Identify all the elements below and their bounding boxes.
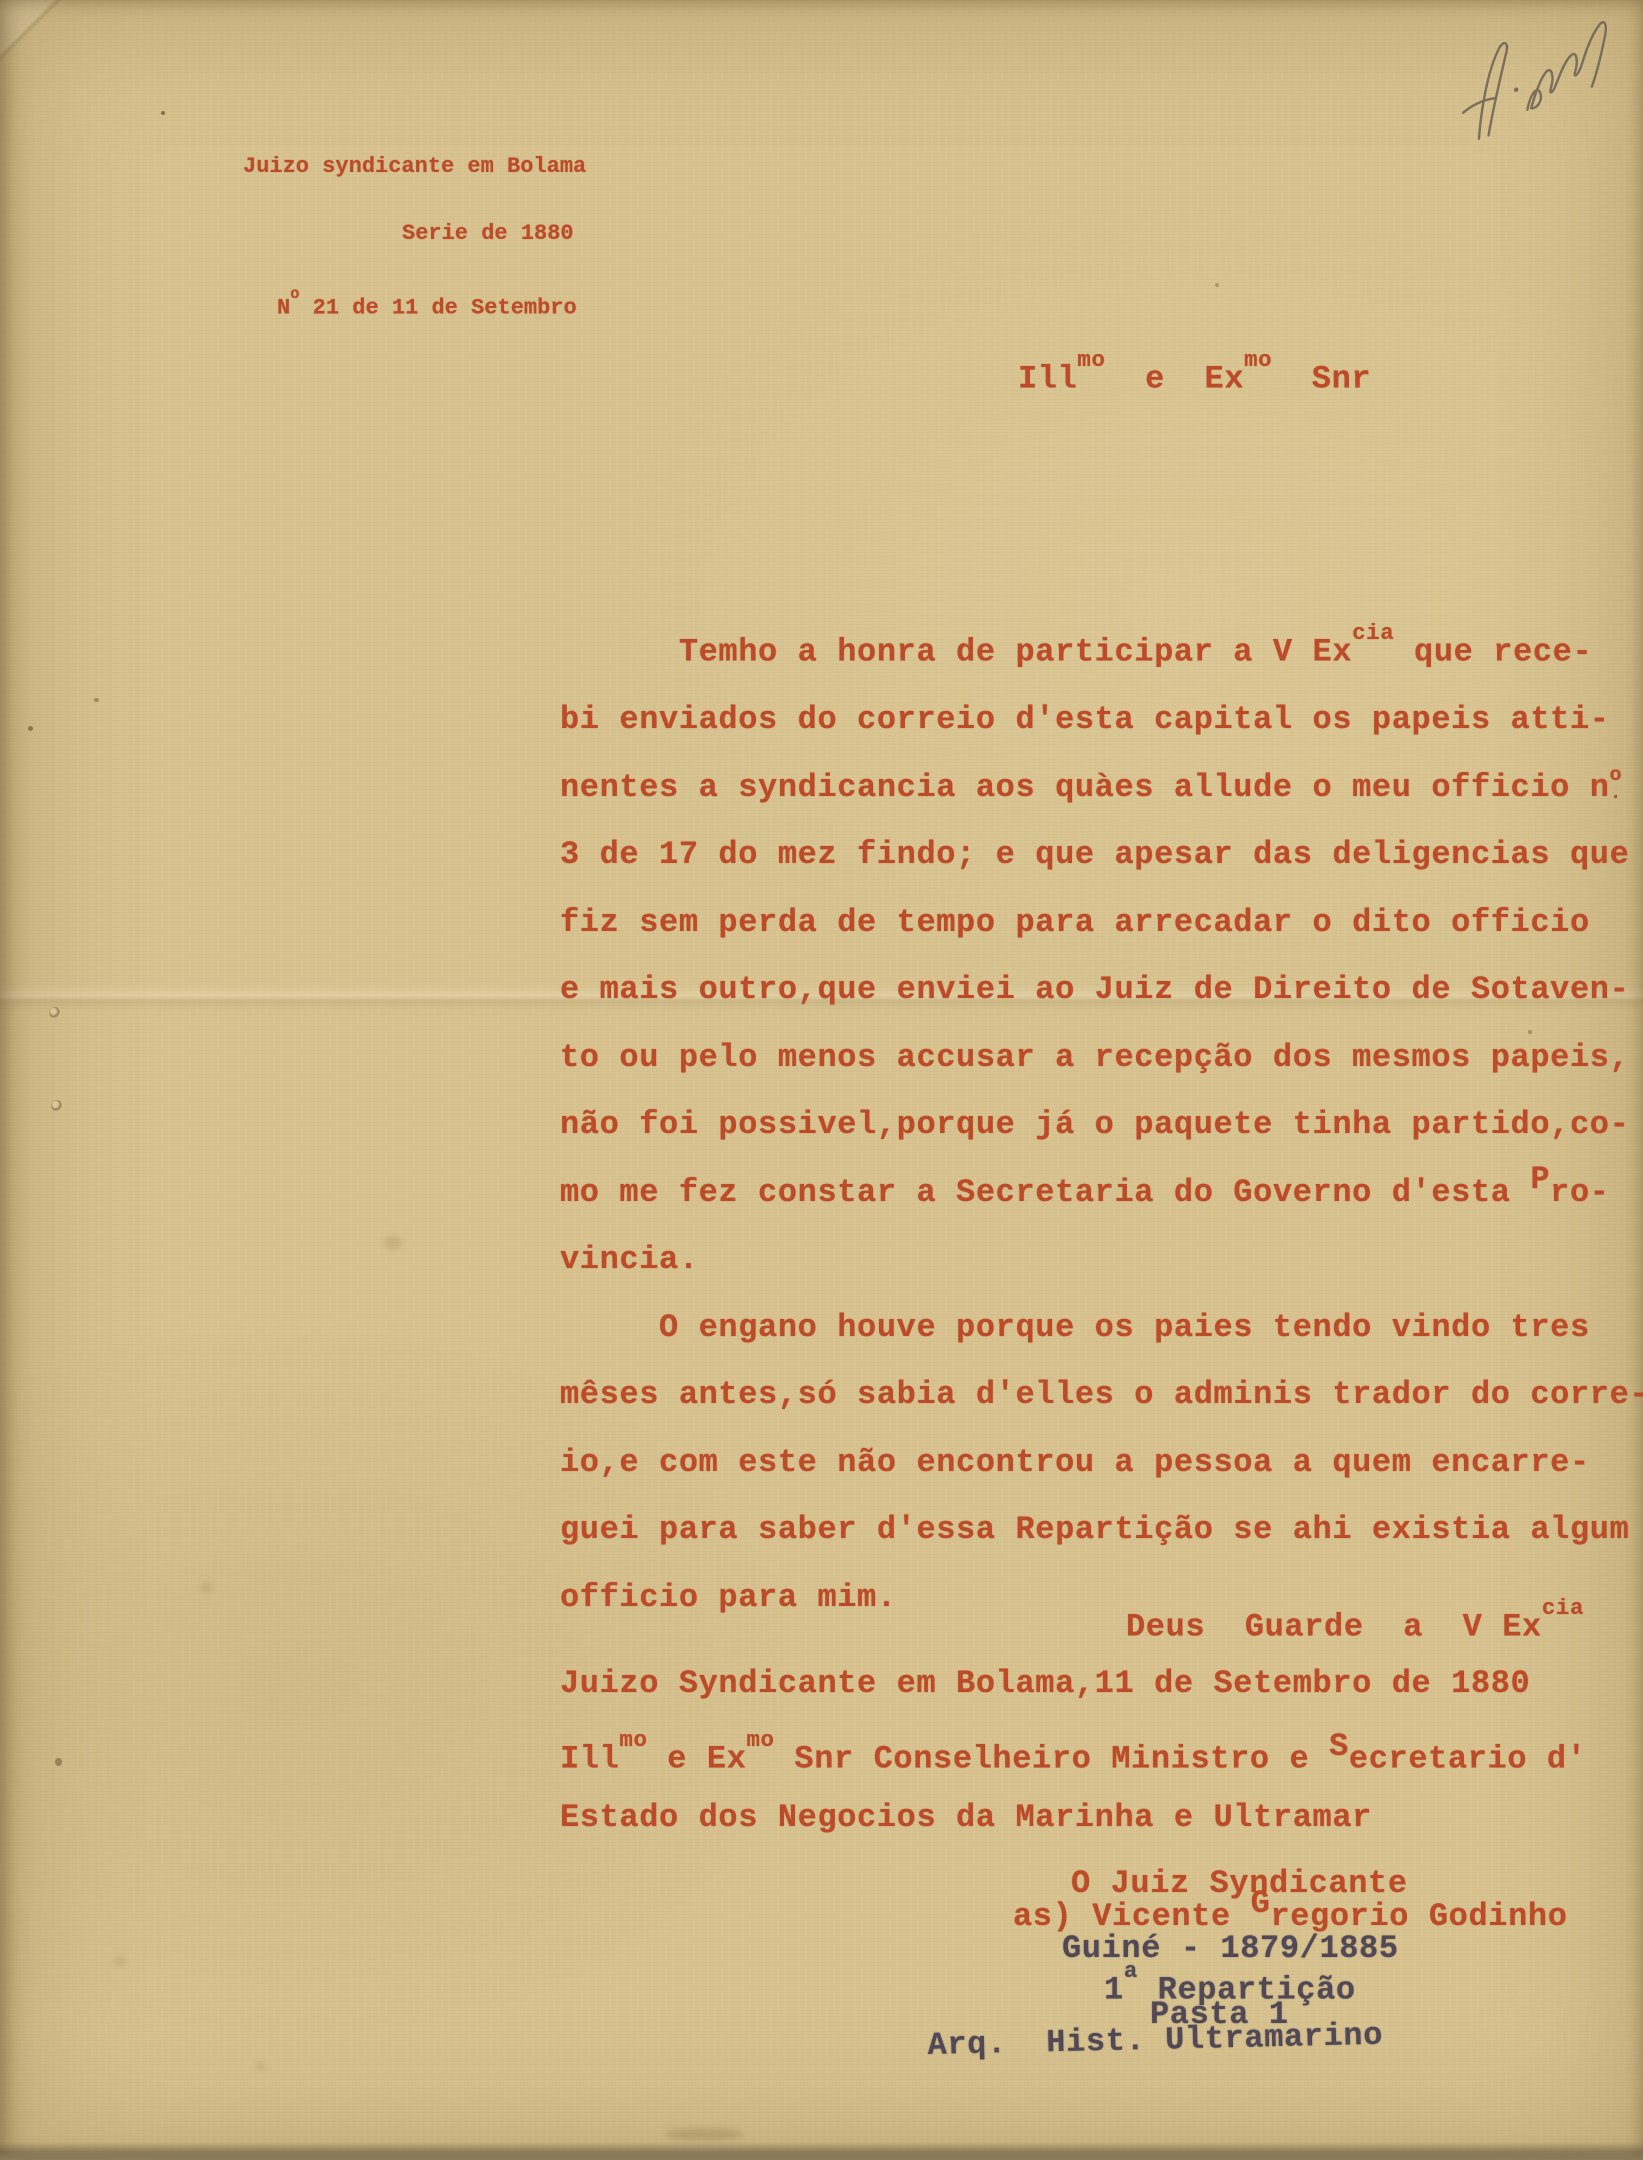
body-line: io,e com este não encontrou a pessoa a q… [560,1429,1643,1497]
paper-stain [384,1236,402,1250]
body-paragraphs: Temho a honra de participar a V Excia qu… [560,610,1643,1631]
letterhead-number-date: No 21 de 11 de Setembro [277,286,577,323]
archive-stamp-collection: Guiné - 1879/1885 [1062,1931,1399,1967]
paper-speck [161,111,165,115]
body-line: nentes a syndicancia aos quàes allude o … [560,754,1643,822]
paper-speck [1215,283,1219,287]
valediction: Deus Guarde a V Excia [1126,1600,1584,1646]
body-line: guei para saber d'essa Repartição se ahi… [560,1496,1643,1564]
body-line: não foi possivel,porque já o paquete tin… [560,1091,1643,1159]
paper-sheet: Juizo syndicante em Bolama Serie de 1880… [0,0,1643,2160]
addressee-line-1: Illmo e Exmo Snr Conselheiro Ministro e … [560,1732,1587,1778]
body-line: to ou pelo menos accusar a recepção dos … [560,1024,1643,1092]
salutation: Illmo e Exmo Snr [1018,352,1371,398]
pin-hole [51,1100,62,1111]
addressee-line-2: Estado dos Negocios da Marinha e Ultrama… [560,1800,1372,1836]
paper-stain [200,1582,213,1593]
paper-speck [94,698,99,702]
letterhead-office: Juizo syndicante em Bolama [243,152,586,182]
body-line: 3 de 17 do mez findo; e que apesar das d… [560,821,1643,889]
bottom-edge-shadow [0,2142,1643,2160]
paper-stain [664,2128,744,2140]
paper-stain [114,1956,126,1966]
paper-speck [28,726,33,731]
body-line: bi enviados do correio d'esta capital os… [560,686,1643,754]
body-line: O engano houve porque os paies tendo vin… [560,1294,1643,1362]
paper-speck [55,1758,62,1766]
scanned-letter-screenshot: { "document": { "handwritten_annotation"… [0,0,1643,2160]
handwritten-annotation [1430,9,1643,161]
body-line: mo me fez constar a Secretaria do Govern… [560,1159,1643,1227]
dateline: Juizo Syndicante em Bolama,11 de Setembr… [560,1666,1530,1702]
signature-title: O Juiz Syndicante [1071,1866,1408,1902]
body-line: fiz sem perda de tempo para arrecadar o … [560,889,1643,957]
body-line: e mais outro,que enviei ao Juiz de Direi… [560,956,1643,1024]
pin-hole [49,1007,60,1018]
corner-fold [0,0,130,130]
body-line: mêses antes,só sabia d'elles o adminis t… [560,1361,1643,1429]
paper-stain [256,2062,265,2070]
body-line: Temho a honra de participar a V Excia qu… [560,610,1643,686]
letterhead-series: Serie de 1880 [402,219,574,249]
archive-stamp-institution: Arq. Hist. Ultramarino [927,2018,1383,2064]
body-line: vincia. [560,1226,1643,1294]
